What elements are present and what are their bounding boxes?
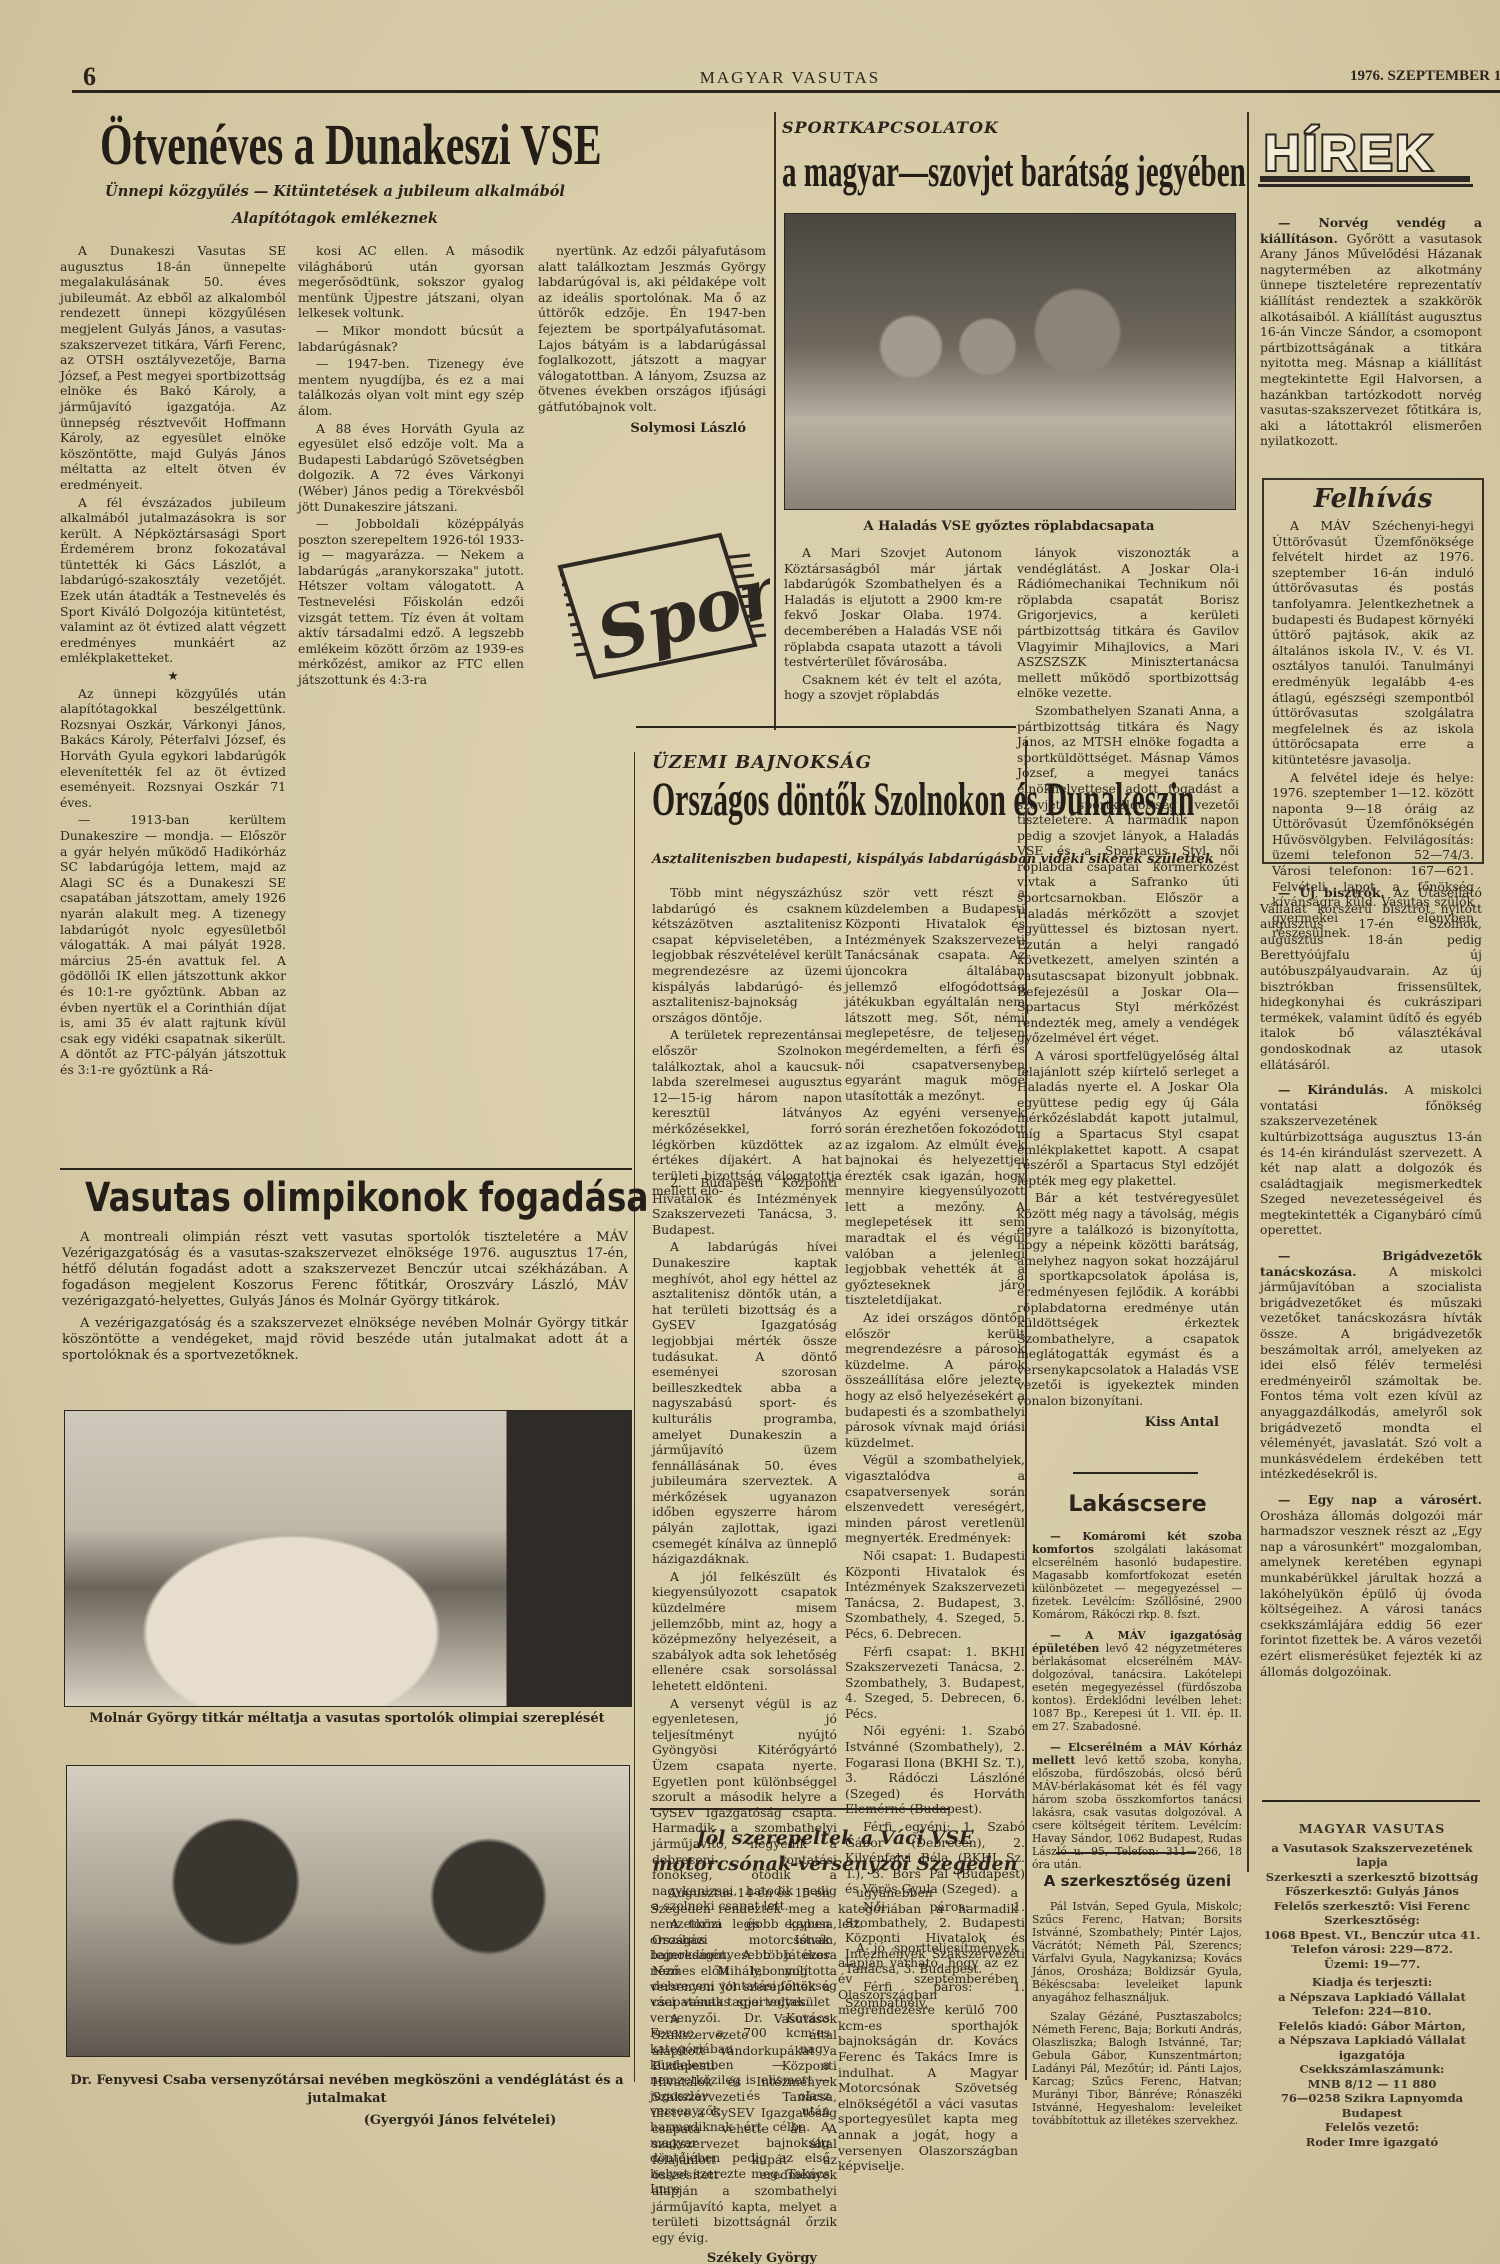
masthead-rule bbox=[72, 90, 1500, 93]
felhivas-box: Felhívás A MÁV Széchenyi-hegyi Úttörővas… bbox=[1262, 478, 1484, 864]
article-column: Augusztus 14-én és 15-én Szegeden rendez… bbox=[650, 1885, 830, 2197]
photo-fenyvesi-speech bbox=[66, 1765, 630, 2057]
photo-caption: Dr. Fenyvesi Csaba versenyzőtársai nevéb… bbox=[64, 2072, 630, 2108]
lakascsere-title: Lakáscsere bbox=[1030, 1492, 1245, 1517]
headline-dunakeszi: Ötvenéves a Dunakeszi VSE bbox=[100, 116, 797, 174]
photo-credit: (Gyergyói János felvételei) bbox=[330, 2112, 590, 2130]
section-rule bbox=[1262, 1800, 1480, 1802]
issue-date: 1976. SZEPTEMBER 1. bbox=[1350, 68, 1500, 85]
kicker-sportkapcsolatok: SPORTKAPCSOLATOK bbox=[782, 118, 999, 137]
article-column: ugyanebben a kategóriában a harmadik let… bbox=[838, 1885, 1018, 2174]
section-rule bbox=[1056, 1852, 1196, 1854]
svg-text:HÍREK: HÍREK bbox=[1264, 125, 1435, 181]
kicker-uzemi: ÜZEMI BAJNOKSÁG bbox=[652, 752, 872, 773]
subhead-uzemi: Asztaliteniszben budapesti, kispályás la… bbox=[652, 852, 1252, 867]
masthead: 6 MAGYAR VASUTAS 1976. SZEPTEMBER 1. bbox=[75, 60, 1500, 92]
photo-volleyball-team bbox=[784, 213, 1236, 510]
article-body: A montreali olimpián részt vett vasutas … bbox=[62, 1230, 628, 1364]
article-column: A Mari Szovjet Autonom Köztársaságból má… bbox=[784, 545, 1002, 703]
article-column: A Dunakeszi Vasutas SE augusztus 18-án ü… bbox=[60, 243, 286, 1077]
section-rule bbox=[650, 1808, 950, 1810]
article-column: nyertünk. Az edzői pályafutásom alatt ta… bbox=[538, 243, 766, 436]
subhead-dunakeszi-2: Alapítótagok emlékeznek bbox=[100, 210, 570, 227]
subhead-dunakeszi: Ünnepi közgyűlés — Kitüntetések a jubile… bbox=[100, 183, 570, 200]
szerkesztoseg-body: Pál István, Seped Gyula, Miskolc; Szűcs … bbox=[1032, 1900, 1242, 2127]
section-rule bbox=[636, 726, 1016, 728]
felhivas-body: A MÁV Széchenyi-hegyi Úttörővasút Üzemfő… bbox=[1272, 518, 1474, 941]
imprint: MAGYAR VASUTAS a Vasutasok Szakszervezet… bbox=[1258, 1822, 1486, 2149]
article-column: lányok viszonozták a vendéglátást. A Jos… bbox=[1017, 545, 1239, 1430]
byline: Solymosi László bbox=[538, 421, 766, 437]
byline: Kiss Antal bbox=[1017, 1415, 1239, 1431]
photo-reception bbox=[64, 1410, 632, 1707]
divider bbox=[774, 112, 776, 730]
photo-caption: A Haladás VSE győztes röplabdacsapata bbox=[784, 518, 1234, 536]
headline-vaci: Jól szerepeltek a Váci VSE motorcsónak-v… bbox=[650, 1825, 1020, 1877]
article-column: kosi AC ellen. A második világháború utá… bbox=[298, 243, 524, 688]
lakascsere-list: — Komáromi két szoba komfortos szolgálat… bbox=[1032, 1530, 1242, 1871]
paper-title: MAGYAR VASUTAS bbox=[75, 68, 1500, 88]
szerkesztoseg-title: A szerkesztőség üzeni bbox=[1030, 1872, 1245, 1890]
section-rule bbox=[1073, 1472, 1198, 1474]
news-column: — Új bisztrók. Az Utasellátó Vállalat ko… bbox=[1260, 885, 1482, 1679]
hirek-logo: HÍREK bbox=[1258, 118, 1473, 190]
sport-logo-illustration: Sport bbox=[550, 505, 770, 690]
article-column: Több mint négyszázhúsz labdarúgó és csak… bbox=[652, 885, 842, 1199]
byline: Székely György bbox=[652, 2251, 837, 2264]
photo-caption: Molnár György titkár méltatja a vasutas … bbox=[64, 1710, 630, 1728]
divider bbox=[1247, 112, 1249, 1872]
divider bbox=[634, 752, 635, 2082]
section-rule bbox=[60, 1168, 632, 1170]
news-item: — Norvég vendég a kiállításon. Győrött a… bbox=[1260, 215, 1482, 449]
felhivas-title: Felhívás bbox=[1264, 484, 1482, 514]
